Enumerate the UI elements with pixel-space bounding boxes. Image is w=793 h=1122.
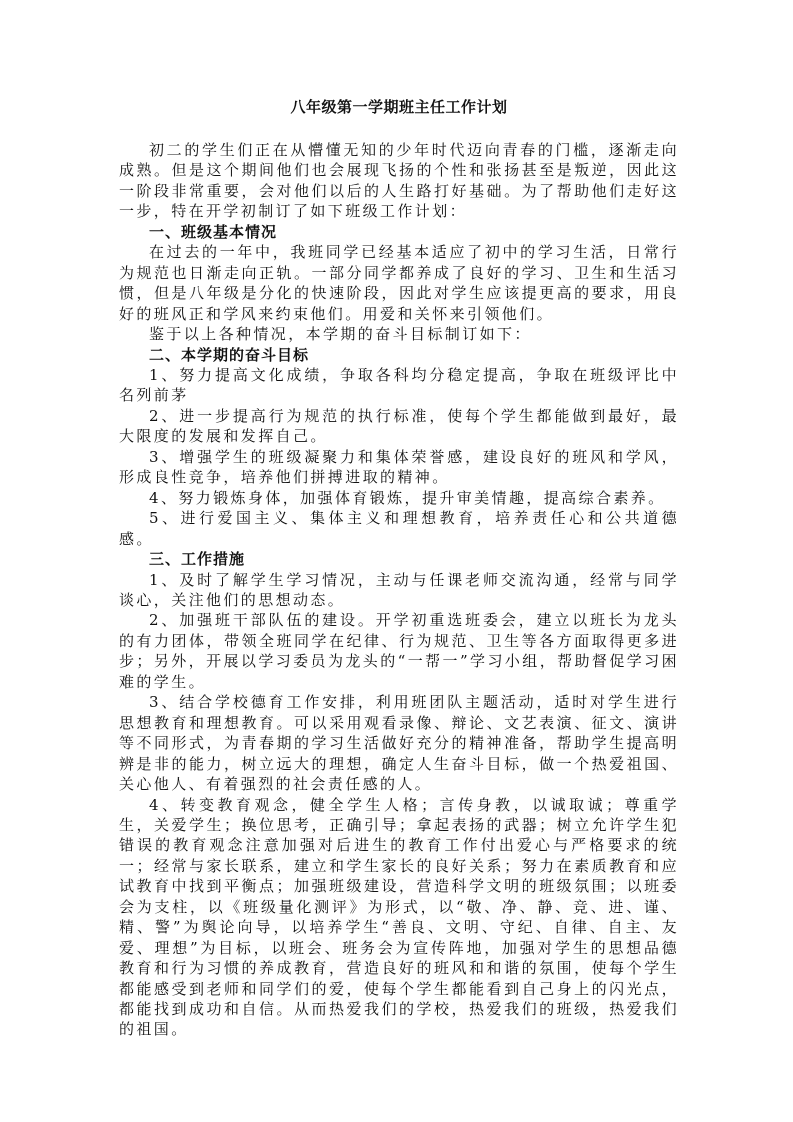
document-title: 八年级第一学期班主任工作计划 [119,96,679,118]
measure-item: 3、结合学校德育工作安排，利用班团队主题活动，适时对学生进行思想教育和理想教育。… [119,692,679,794]
goal-item: 2、进一步提高行为规范的执行标准，使每个学生都能做到最好，最大限度的发展和发挥自… [119,406,679,447]
intro-paragraph: 初二的学生们正在从懵懂无知的少年时代迈向青春的门槛，逐渐走向成熟。但是这个期间他… [119,140,679,222]
section-heading: 三、工作措施 [119,549,679,569]
section-work-measures: 三、工作措施 1、及时了解学生学习情况，主动与任课老师交流沟通，经常与同学谈心，… [119,549,679,1040]
paragraph: 在过去的一年中，我班同学已经基本适应了初中的学习生活，日常行为规范也日渐走向正轨… [119,242,679,324]
measure-item: 1、及时了解学生学习情况，主动与任课老师交流沟通，经常与同学谈心，关注他们的思想… [119,570,679,611]
goal-item: 1、努力提高文化成绩，争取各科均分稳定提高，争取在班级评比中名列前茅 [119,365,679,406]
section-heading: 一、班级基本情况 [119,222,679,242]
section-semester-goals: 二、本学期的奋斗目标 1、努力提高文化成绩，争取各科均分稳定提高，争取在班级评比… [119,345,679,550]
measure-item: 4、转变教育观念，健全学生人格；言传身教，以诚取诚；尊重学生，关爱学生；换位思考… [119,795,679,1040]
document-page: 八年级第一学期班主任工作计划 初二的学生们正在从懵懂无知的少年时代迈向青春的门槛… [119,96,679,1040]
goal-item: 3、增强学生的班级凝聚力和集体荣誉感，建设良好的班风和学风，形成良性竞争，培养他… [119,447,679,488]
goal-item: 4、努力锻炼身体，加强体育锻炼，提升审美情趣，提高综合素养。 [119,488,679,508]
paragraph: 鉴于以上各种情况，本学期的奋斗目标制订如下： [119,324,679,344]
measure-item: 2、加强班干部队伍的建设。开学初重选班委会，建立以班长为龙头的有力团体，带领全班… [119,610,679,692]
section-class-situation: 一、班级基本情况 在过去的一年中，我班同学已经基本适应了初中的学习生活，日常行为… [119,222,679,345]
section-heading: 二、本学期的奋斗目标 [119,345,679,365]
goal-item: 5、进行爱国主义、集体主义和理想教育，培养责任心和公共道德感。 [119,508,679,549]
